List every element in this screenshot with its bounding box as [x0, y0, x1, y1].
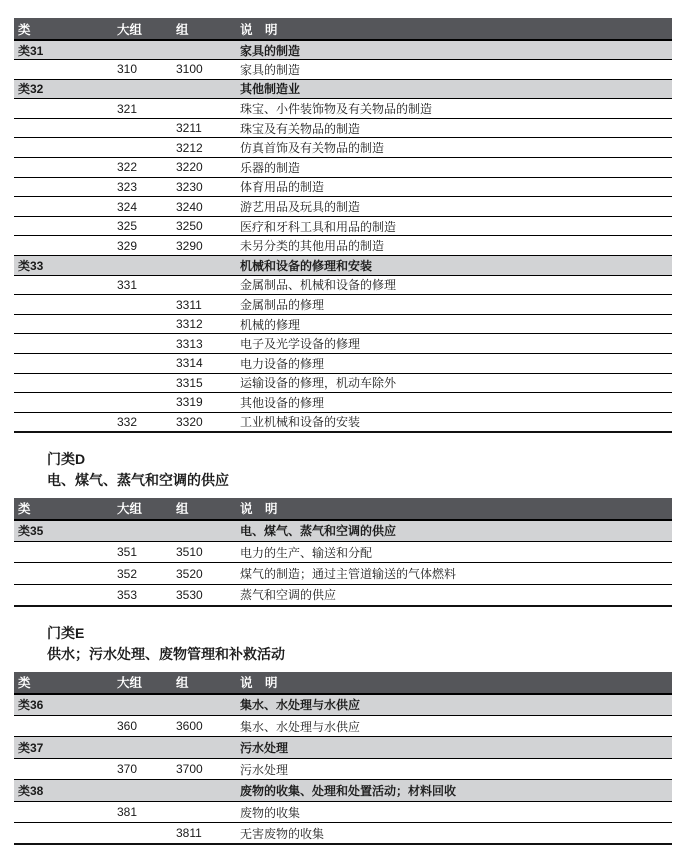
description-cell: 电、煤气、蒸气和空调的供应: [234, 520, 672, 542]
division-cell: [114, 40, 174, 60]
description-cell: 废物的收集、处理和处置活动；材料回收: [234, 780, 672, 802]
section-heading: 门类E供水；污水处理、废物管理和补救活动: [47, 623, 681, 665]
class-cell: 类32: [14, 79, 114, 99]
table-row: 3253250医疗和牙科工具和用品的制造: [14, 216, 672, 236]
division-cell: [114, 737, 174, 759]
division-cell: [114, 373, 174, 393]
class-cell: [14, 801, 114, 823]
table-row: 3233230体育用品的制造: [14, 177, 672, 197]
table-row: 3243240游艺用品及玩具的制造: [14, 197, 672, 217]
document-content: 类大组组说 明类31家具的制造3103100家具的制造类32其他制造业321珠宝…: [0, 18, 681, 845]
division-cell: 353: [114, 584, 174, 606]
table-header-row: 类大组组说 明: [14, 18, 672, 40]
class-cell: [14, 715, 114, 737]
classification-document-page: 类大组组说 明类31家具的制造3103100家具的制造类32其他制造业321珠宝…: [0, 0, 681, 845]
division-cell: [114, 780, 174, 802]
group-cell: 3319: [174, 393, 234, 413]
division-cell: [114, 393, 174, 413]
class-cell: [14, 758, 114, 780]
class-cell: [14, 541, 114, 563]
description-cell: 金属制品、机械和设备的修理: [234, 275, 672, 295]
division-cell: [114, 354, 174, 374]
group-cell: [174, 40, 234, 60]
group-cell: 3315: [174, 373, 234, 393]
column-header-division: 大组: [114, 498, 174, 520]
column-header-class: 类: [14, 18, 114, 40]
division-cell: [114, 118, 174, 138]
division-cell: 331: [114, 275, 174, 295]
column-header-group: 组: [174, 18, 234, 40]
table-row: 3703700污水处理: [14, 758, 672, 780]
description-cell: 工业机械和设备的安装: [234, 412, 672, 432]
group-cell: 3314: [174, 354, 234, 374]
column-header-division: 大组: [114, 18, 174, 40]
table-row: 3603600集水、水处理与水供应: [14, 715, 672, 737]
class-cell: [14, 236, 114, 256]
class-cell: [14, 216, 114, 236]
description-cell: 家具的制造: [234, 40, 672, 60]
division-cell: 332: [114, 412, 174, 432]
division-cell: 352: [114, 563, 174, 585]
class-row: 类36集水、水处理与水供应: [14, 694, 672, 716]
classification-table: 类大组组说 明类36集水、水处理与水供应3603600集水、水处理与水供应类37…: [14, 672, 672, 846]
class-row: 类37污水处理: [14, 737, 672, 759]
column-header-group: 组: [174, 498, 234, 520]
group-cell: 3600: [174, 715, 234, 737]
description-cell: 煤气的制造；通过主管道输送的气体燃料: [234, 563, 672, 585]
class-row: 类31家具的制造: [14, 40, 672, 60]
class-cell: 类33: [14, 256, 114, 276]
description-cell: 污水处理: [234, 737, 672, 759]
group-cell: [174, 780, 234, 802]
group-cell: [174, 801, 234, 823]
class-cell: [14, 158, 114, 178]
class-cell: [14, 334, 114, 354]
table-row: 3513510电力的生产、输送和分配: [14, 541, 672, 563]
table-row: 3311金属制品的修理: [14, 295, 672, 315]
division-cell: 310: [114, 60, 174, 80]
class-cell: 类31: [14, 40, 114, 60]
description-cell: 体育用品的制造: [234, 177, 672, 197]
group-cell: 3530: [174, 584, 234, 606]
class-cell: 类35: [14, 520, 114, 542]
description-cell: 珠宝及有关物品的制造: [234, 118, 672, 138]
column-header-description: 说 明: [234, 498, 672, 520]
group-cell: 3311: [174, 295, 234, 315]
class-cell: 类38: [14, 780, 114, 802]
classification-table: 类大组组说 明类35电、煤气、蒸气和空调的供应3513510电力的生产、输送和分…: [14, 498, 672, 607]
class-cell: [14, 563, 114, 585]
group-cell: [174, 694, 234, 716]
group-cell: 3211: [174, 118, 234, 138]
description-cell: 电力设备的修理: [234, 354, 672, 374]
table-row: 3313电子及光学设备的修理: [14, 334, 672, 354]
table-row: 3315运输设备的修理，机动车除外: [14, 373, 672, 393]
class-row: 类33机械和设备的修理和安装: [14, 256, 672, 276]
description-cell: 废物的收集: [234, 801, 672, 823]
division-cell: 321: [114, 99, 174, 119]
description-cell: 金属制品的修理: [234, 295, 672, 315]
description-cell: 蒸气和空调的供应: [234, 584, 672, 606]
division-cell: 370: [114, 758, 174, 780]
group-cell: 3220: [174, 158, 234, 178]
table-row: 3103100家具的制造: [14, 60, 672, 80]
group-cell: 3700: [174, 758, 234, 780]
class-cell: [14, 295, 114, 315]
division-cell: 360: [114, 715, 174, 737]
section-code: 门类E: [47, 623, 681, 644]
description-cell: 无害废物的收集: [234, 823, 672, 845]
division-cell: [114, 256, 174, 276]
division-cell: 322: [114, 158, 174, 178]
class-cell: [14, 177, 114, 197]
class-cell: [14, 118, 114, 138]
class-cell: 类37: [14, 737, 114, 759]
division-cell: [114, 79, 174, 99]
group-cell: 3100: [174, 60, 234, 80]
division-cell: [114, 694, 174, 716]
table-row: 3533530蒸气和空调的供应: [14, 584, 672, 606]
table-row: 3811无害废物的收集: [14, 823, 672, 845]
section-title: 供水；污水处理、废物管理和补救活动: [47, 644, 681, 665]
table-header-row: 类大组组说 明: [14, 498, 672, 520]
group-cell: 3320: [174, 412, 234, 432]
class-cell: [14, 197, 114, 217]
table-row: 3293290未另分类的其他用品的制造: [14, 236, 672, 256]
table-row: 381废物的收集: [14, 801, 672, 823]
table-header-row: 类大组组说 明: [14, 672, 672, 694]
group-cell: [174, 520, 234, 542]
class-row: 类35电、煤气、蒸气和空调的供应: [14, 520, 672, 542]
division-cell: 325: [114, 216, 174, 236]
table-row: 3319其他设备的修理: [14, 393, 672, 413]
description-cell: 运输设备的修理，机动车除外: [234, 373, 672, 393]
table-row: 321珠宝、小件装饰物及有关物品的制造: [14, 99, 672, 119]
group-cell: 3250: [174, 216, 234, 236]
column-header-group: 组: [174, 672, 234, 694]
class-cell: 类36: [14, 694, 114, 716]
description-cell: 污水处理: [234, 758, 672, 780]
division-cell: 324: [114, 197, 174, 217]
description-cell: 电力的生产、输送和分配: [234, 541, 672, 563]
group-cell: [174, 79, 234, 99]
description-cell: 其他设备的修理: [234, 393, 672, 413]
class-cell: [14, 60, 114, 80]
group-cell: 3811: [174, 823, 234, 845]
table-row: 3312机械的修理: [14, 314, 672, 334]
class-cell: [14, 412, 114, 432]
description-cell: 游艺用品及玩具的制造: [234, 197, 672, 217]
description-cell: 其他制造业: [234, 79, 672, 99]
column-header-description: 说 明: [234, 18, 672, 40]
division-cell: 329: [114, 236, 174, 256]
group-cell: 3313: [174, 334, 234, 354]
description-cell: 未另分类的其他用品的制造: [234, 236, 672, 256]
classification-table: 类大组组说 明类31家具的制造3103100家具的制造类32其他制造业321珠宝…: [14, 18, 672, 433]
class-cell: [14, 393, 114, 413]
table-row: 3223220乐器的制造: [14, 158, 672, 178]
section-title: 电、煤气、蒸气和空调的供应: [47, 470, 681, 491]
column-header-description: 说 明: [234, 672, 672, 694]
class-cell: [14, 138, 114, 158]
group-cell: [174, 99, 234, 119]
division-cell: 351: [114, 541, 174, 563]
description-cell: 乐器的制造: [234, 158, 672, 178]
division-cell: [114, 138, 174, 158]
group-cell: 3510: [174, 541, 234, 563]
section-code: 门类D: [47, 449, 681, 470]
table-row: 3212仿真首饰及有关物品的制造: [14, 138, 672, 158]
table-row: 3323320工业机械和设备的安装: [14, 412, 672, 432]
class-row: 类32其他制造业: [14, 79, 672, 99]
table-row: 3314电力设备的修理: [14, 354, 672, 374]
class-cell: [14, 823, 114, 845]
group-cell: 3520: [174, 563, 234, 585]
class-cell: [14, 314, 114, 334]
division-cell: [114, 334, 174, 354]
description-cell: 电子及光学设备的修理: [234, 334, 672, 354]
group-cell: [174, 275, 234, 295]
description-cell: 集水、水处理与水供应: [234, 715, 672, 737]
group-cell: 3240: [174, 197, 234, 217]
column-header-class: 类: [14, 672, 114, 694]
division-cell: 381: [114, 801, 174, 823]
class-cell: [14, 99, 114, 119]
description-cell: 机械的修理: [234, 314, 672, 334]
table-row: 3211珠宝及有关物品的制造: [14, 118, 672, 138]
group-cell: 3290: [174, 236, 234, 256]
division-cell: [114, 520, 174, 542]
group-cell: 3230: [174, 177, 234, 197]
description-cell: 家具的制造: [234, 60, 672, 80]
table-row: 3523520煤气的制造；通过主管道输送的气体燃料: [14, 563, 672, 585]
class-cell: [14, 354, 114, 374]
description-cell: 集水、水处理与水供应: [234, 694, 672, 716]
class-cell: [14, 373, 114, 393]
class-cell: [14, 275, 114, 295]
division-cell: 323: [114, 177, 174, 197]
description-cell: 珠宝、小件装饰物及有关物品的制造: [234, 99, 672, 119]
description-cell: 仿真首饰及有关物品的制造: [234, 138, 672, 158]
division-cell: [114, 314, 174, 334]
description-cell: 机械和设备的修理和安装: [234, 256, 672, 276]
group-cell: 3212: [174, 138, 234, 158]
group-cell: 3312: [174, 314, 234, 334]
description-cell: 医疗和牙科工具和用品的制造: [234, 216, 672, 236]
class-row: 类38废物的收集、处理和处置活动；材料回收: [14, 780, 672, 802]
division-cell: [114, 823, 174, 845]
column-header-division: 大组: [114, 672, 174, 694]
group-cell: [174, 737, 234, 759]
table-row: 331金属制品、机械和设备的修理: [14, 275, 672, 295]
section-heading: 门类D电、煤气、蒸气和空调的供应: [47, 449, 681, 491]
column-header-class: 类: [14, 498, 114, 520]
division-cell: [114, 295, 174, 315]
class-cell: [14, 584, 114, 606]
group-cell: [174, 256, 234, 276]
